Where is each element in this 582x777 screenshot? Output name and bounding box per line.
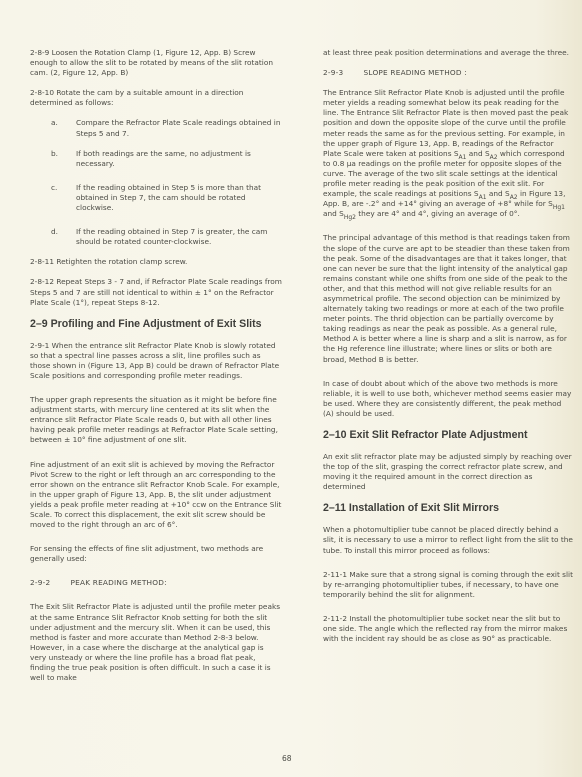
- page-number: 68: [282, 754, 292, 763]
- step-2-11-1: 2-11-1 Make sure that a strong signal is…: [323, 570, 573, 600]
- section-heading-2-11: 2–11 Installation of Exit Slit Mirrors: [323, 502, 573, 515]
- paragraph-sensing-methods: For sensing the effects of fine slit adj…: [30, 544, 282, 564]
- step-2-8-11: 2-8-11 Retighten the rotation clamp scre…: [30, 257, 282, 267]
- document-page: 2-8-9 Loosen the Rotation Clamp (1, Figu…: [0, 0, 582, 777]
- subheading-2-9-3: 2-9-3 SLOPE READING METHOD :: [323, 68, 573, 78]
- paragraph-peak-method: The Exit Slit Refractor Plate is adjuste…: [30, 602, 282, 683]
- list-item-text: If the reading obtained in Step 5 is mor…: [76, 183, 282, 213]
- subheading-2-9-2: 2-9-2 PEAK READING METHOD:: [30, 578, 282, 588]
- list-item: b. If both readings are the same, no adj…: [30, 149, 282, 169]
- list-item: a. Compare the Refractor Plate Scale rea…: [30, 118, 282, 138]
- step-2-8-12: 2-8-12 Repeat Steps 3 - 7 and, if Refrac…: [30, 277, 282, 307]
- step-2-8-9: 2-8-9 Loosen the Rotation Clamp (1, Figu…: [30, 48, 282, 78]
- paragraph-advantages: The principal advantage of this method i…: [323, 233, 573, 364]
- subheading-title: PEAK READING METHOD:: [71, 578, 167, 587]
- list-item: c. If the reading obtained in Step 5 is …: [30, 183, 282, 213]
- paragraph-2-11: When a photomultiplier tube cannot be pl…: [323, 525, 573, 555]
- list-item-label: d.: [30, 227, 76, 247]
- paragraph-fine-adjustment: Fine adjustment of an exit slit is achie…: [30, 460, 282, 531]
- paragraph-slope-method: The Entrance Slit Refractor Plate Knob i…: [323, 88, 573, 219]
- step-2-8-10: 2-8-10 Rotate the cam by a suitable amou…: [30, 88, 282, 108]
- right-column: at least three peak position determinati…: [323, 48, 573, 654]
- left-column: 2-8-9 Loosen the Rotation Clamp (1, Figu…: [30, 48, 282, 693]
- paragraph-continued: at least three peak position determinati…: [323, 48, 573, 58]
- section-heading-2-9: 2–9 Profiling and Fine Adjustment of Exi…: [30, 318, 282, 331]
- step-2-11-2: 2-11-2 Install the photomultiplier tube …: [323, 614, 573, 644]
- list-item-label: c.: [30, 183, 76, 213]
- paragraph-2-10: An exit slit refractor plate may be adju…: [323, 452, 573, 492]
- paragraph-doubt: In case of doubt about which of the abov…: [323, 379, 573, 419]
- list-item-text: If the reading obtained in Step 7 is gre…: [76, 227, 282, 247]
- list-item-text: If both readings are the same, no adjust…: [76, 149, 282, 169]
- list-item: d. If the reading obtained in Step 7 is …: [30, 227, 282, 247]
- subheading-number: 2-9-2: [30, 578, 68, 588]
- list-item-label: b.: [30, 149, 76, 169]
- paragraph-upper-graph: The upper graph represents the situation…: [30, 395, 282, 445]
- list-item-text: Compare the Refractor Plate Scale readin…: [76, 118, 282, 138]
- list-item-label: a.: [30, 118, 76, 138]
- subheading-title: SLOPE READING METHOD :: [364, 68, 467, 77]
- section-heading-2-10: 2–10 Exit Slit Refractor Plate Adjustmen…: [323, 429, 573, 442]
- subheading-number: 2-9-3: [323, 68, 361, 78]
- step-2-9-1: 2-9-1 When the entrance slit Refractor P…: [30, 341, 282, 381]
